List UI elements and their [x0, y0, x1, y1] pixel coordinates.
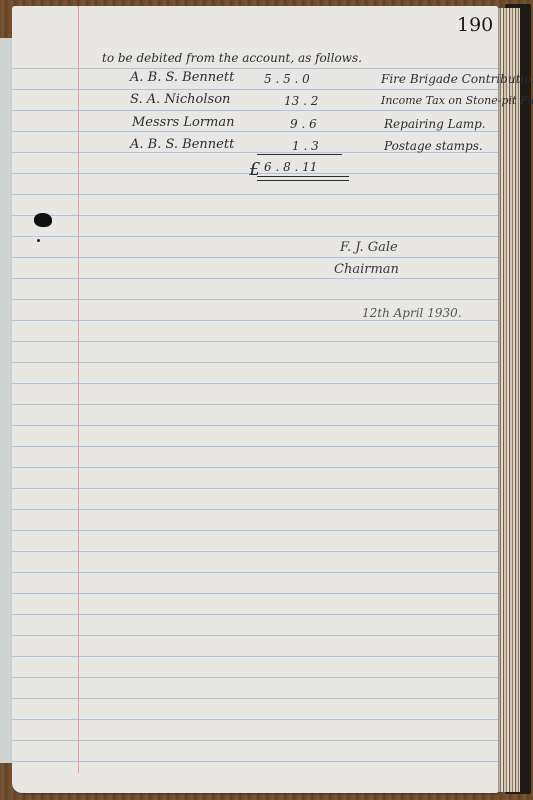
total-amount: 6 . 8 . 11 — [264, 160, 317, 174]
entry-amount: 13 . 2 — [284, 94, 318, 108]
signature-name: F. J. Gale — [340, 240, 398, 255]
entry-description: Income Tax on Stone-pit Field — [381, 94, 533, 107]
ledger-page: 190 to be debited from the account, as f… — [12, 6, 498, 793]
intro-line: to be debited from the account, as follo… — [102, 51, 362, 65]
entry-description: Fire Brigade Contribution — [381, 72, 533, 86]
entry-amount: 9 . 6 — [290, 117, 317, 131]
ink-speck — [37, 239, 40, 242]
total-rule-2 — [257, 180, 349, 181]
meeting-date: 12th April 1930. — [362, 306, 462, 320]
page-number: 190 — [457, 14, 493, 36]
signature-title: Chairman — [334, 262, 399, 277]
margin-line — [78, 6, 79, 773]
entry-description: Repairing Lamp. — [384, 117, 486, 131]
ink-blot — [34, 213, 52, 227]
entry-name: A. B. S. Bennett — [130, 70, 234, 85]
subtotal-rule — [257, 154, 342, 155]
entry-amount: 5 . 5 . 0 — [264, 72, 310, 86]
entry-name: Messrs Lorman — [132, 115, 235, 130]
ruled-lines — [12, 48, 498, 773]
entry-description: Postage stamps. — [384, 139, 483, 153]
entry-amount: 1 . 3 — [292, 139, 319, 153]
total-rule-1 — [257, 176, 349, 177]
entry-name: A. B. S. Bennett — [130, 137, 234, 152]
entry-name: S. A. Nicholson — [130, 92, 230, 107]
